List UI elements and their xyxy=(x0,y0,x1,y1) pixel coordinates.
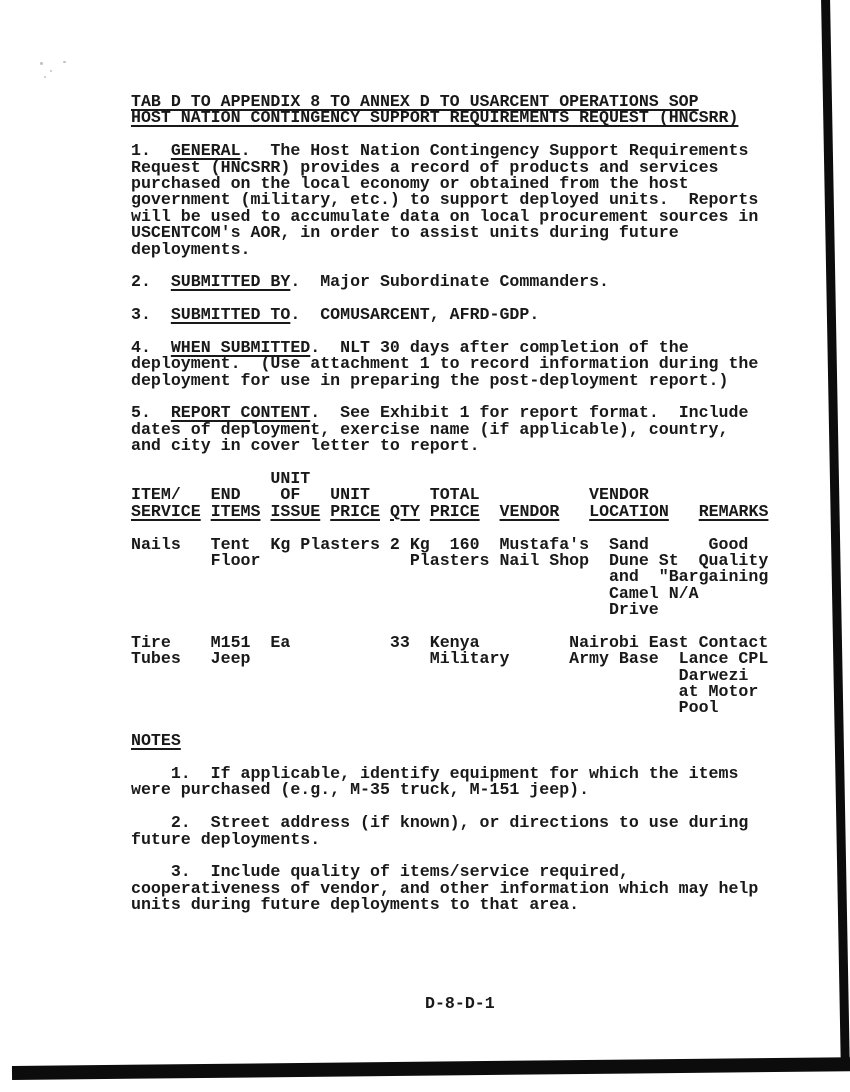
scanned-page: TAB D TO APPENDIX 8 TO ANNEX D TO USARCE… xyxy=(0,0,850,1092)
text-line: HOST NATION CONTINGENCY SUPPORT REQUIREM… xyxy=(131,110,768,126)
text-line: 2. SUBMITTED BY. Major Subordinate Comma… xyxy=(131,274,768,290)
page-number: D-8-D-1 xyxy=(425,996,495,1012)
scan-speck xyxy=(44,76,46,78)
text-line xyxy=(131,717,768,733)
text-line: future deployments. xyxy=(131,832,768,848)
text-line: deployments. xyxy=(131,242,768,258)
text-line: SERVICE ITEMS ISSUE PRICE QTY PRICE VEND… xyxy=(131,504,768,520)
scan-band-bottom xyxy=(12,1057,850,1080)
scan-speck xyxy=(40,62,43,65)
text-line: were purchased (e.g., M-35 truck, M-151 … xyxy=(131,782,768,798)
text-line: Drive xyxy=(131,602,768,618)
scan-speck xyxy=(50,70,52,72)
text-line: 3. SUBMITTED TO. COMUSARCENT, AFRD-GDP. xyxy=(131,307,768,323)
document-text: TAB D TO APPENDIX 8 TO ANNEX D TO USARCE… xyxy=(131,94,768,914)
text-line: and city in cover letter to report. xyxy=(131,438,768,454)
scan-strip-right xyxy=(821,0,850,1068)
text-line: deployment for use in preparing the post… xyxy=(131,373,768,389)
text-line: Pool xyxy=(131,700,768,716)
scan-speck xyxy=(63,61,66,63)
text-line: units during future deployments to that … xyxy=(131,897,768,913)
text-line: NOTES xyxy=(131,733,768,749)
